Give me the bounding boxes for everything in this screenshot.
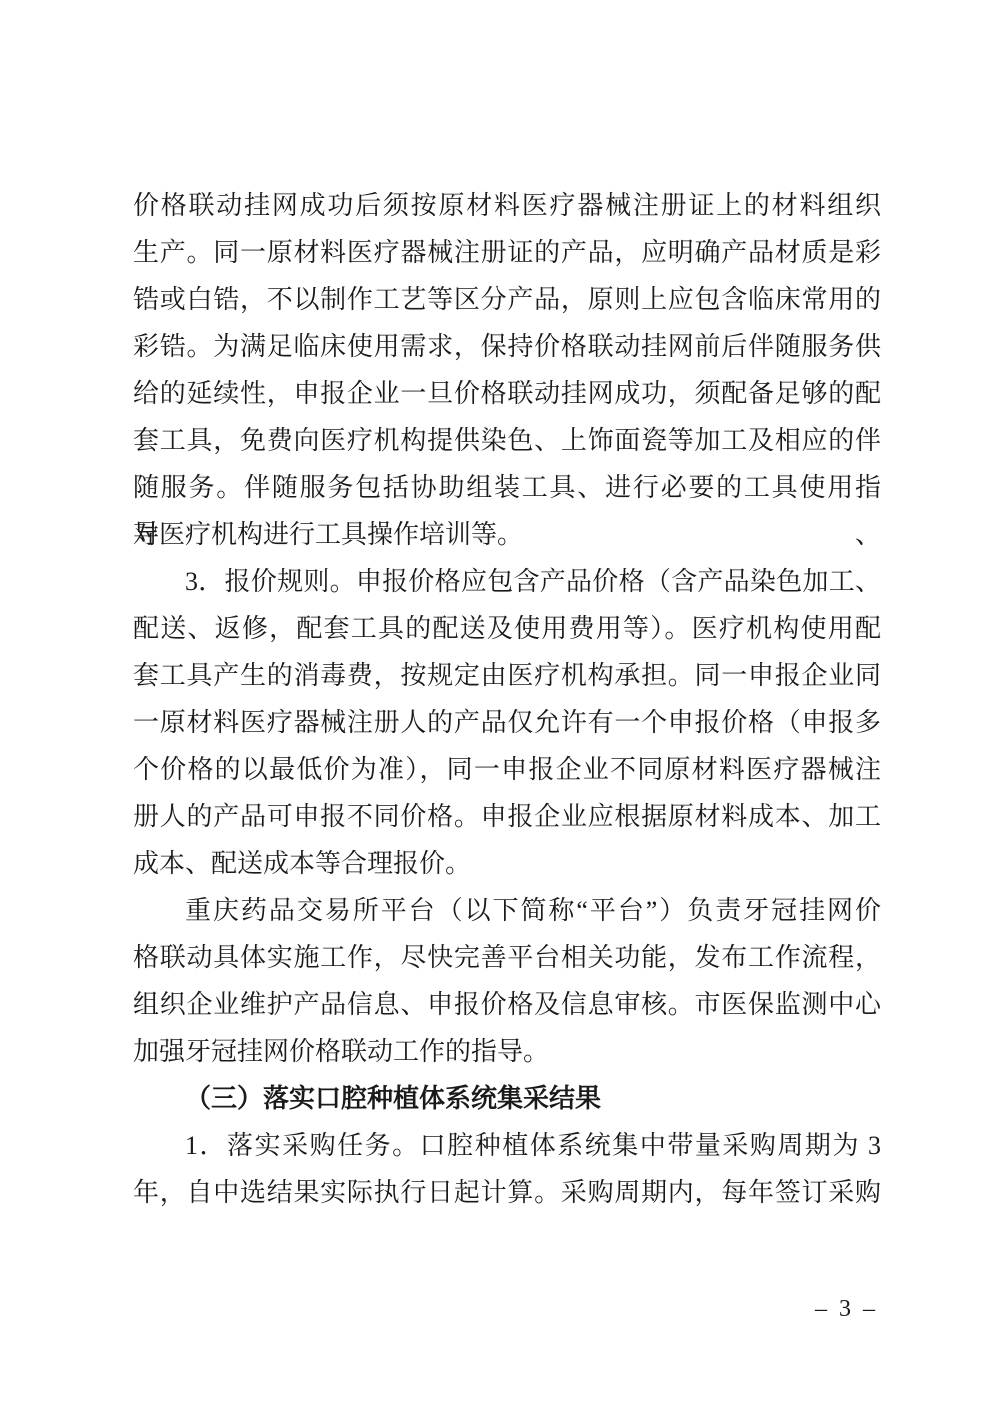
body-line: 个价格的以最低价为准），同一申报企业不同原材料医疗器械注 <box>133 746 881 793</box>
body-line: 价格联动挂网成功后须按原材料医疗器械注册证上的材料组织 <box>133 182 881 229</box>
body-line: 成本、配送成本等合理报价。 <box>133 840 881 887</box>
body-line: 组织企业维护产品信息、申报价格及信息审核。市医保监测中心 <box>133 981 881 1028</box>
body-line: 生产。同一原材料医疗器械注册证的产品，应明确产品材质是彩 <box>133 229 881 276</box>
page-number: – 3 – <box>815 1296 878 1323</box>
document-body: 价格联动挂网成功后须按原材料医疗器械注册证上的材料组织 生产。同一原材料医疗器械… <box>133 182 881 1216</box>
body-line: 册人的产品可申报不同价格。申报企业应根据原材料成本、加工 <box>133 793 881 840</box>
body-line: 锆或白锆，不以制作工艺等区分产品，原则上应包含临床常用的 <box>133 276 881 323</box>
body-line: 配送、返修，配套工具的配送及使用费用等）。医疗机构使用配 <box>133 605 881 652</box>
body-line: 彩锆。为满足临床使用需求，保持价格联动挂网前后伴随服务供 <box>133 323 881 370</box>
body-line: 重庆药品交易所平台（以下简称“平台”）负责牙冠挂网价 <box>133 887 881 934</box>
body-line: 套工具产生的消毒费，按规定由医疗机构承担。同一申报企业同 <box>133 652 881 699</box>
body-line: 1．落实采购任务。口腔种植体系统集中带量采购周期为 3 <box>133 1122 881 1169</box>
body-line: 加强牙冠挂网价格联动工作的指导。 <box>133 1028 881 1075</box>
section-heading: （三）落实口腔种植体系统集采结果 <box>133 1075 881 1122</box>
document-page: 价格联动挂网成功后须按原材料医疗器械注册证上的材料组织 生产。同一原材料医疗器械… <box>0 0 1000 1414</box>
body-line: 给的延续性，申报企业一旦价格联动挂网成功，须配备足够的配 <box>133 370 881 417</box>
body-line: 3．报价规则。申报价格应包含产品价格（含产品染色加工、 <box>133 558 881 605</box>
body-line: 随服务。伴随服务包括协助组装工具、进行必要的工具使用指导、 <box>133 464 881 511</box>
body-line: 一原材料医疗器械注册人的产品仅允许有一个申报价格（申报多 <box>133 699 881 746</box>
body-line: 年，自中选结果实际执行日起计算。采购周期内，每年签订采购 <box>133 1169 881 1216</box>
body-line: 格联动具体实施工作，尽快完善平台相关功能，发布工作流程， <box>133 934 881 981</box>
body-line: 套工具，免费向医疗机构提供染色、上饰面瓷等加工及相应的伴 <box>133 417 881 464</box>
